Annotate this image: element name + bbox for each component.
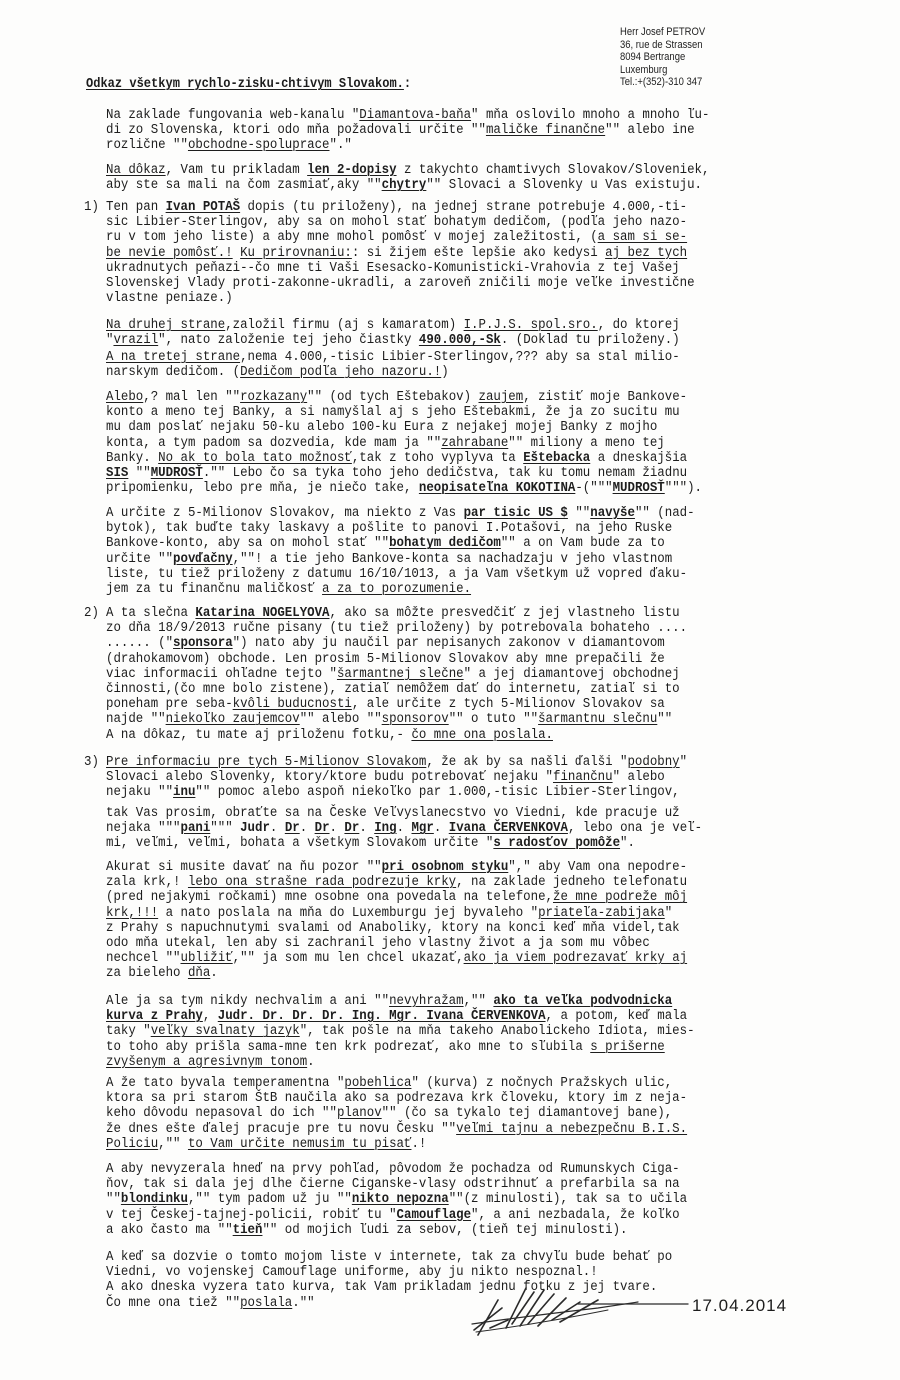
text-segment: ,	[203, 1008, 218, 1024]
paragraph: Na zaklade fungovania web-kanalu "Diaman…	[106, 108, 796, 154]
text-segment: ,nema	[240, 349, 285, 365]
text-segment: "," aby Vam ona nepodre-	[508, 859, 687, 875]
text-segment: Banky.	[106, 450, 158, 466]
text-segment: mu dam poslať nejaku 50-ku alebo 100-ku …	[106, 419, 657, 435]
text-segment: , do ktorej	[598, 317, 680, 333]
text-line: Na dôkaz, Vam tu prikladam len 2-dopisy …	[106, 163, 709, 178]
paragraph: A na tretej strane,nema 4.000,-tisic Lib…	[106, 350, 762, 380]
text-segment: tak Vas prosim, obraťte sa na Česke Veľv…	[106, 805, 680, 821]
text-line: poneham pre seba-kvôli buducnosti, ale u…	[106, 697, 687, 712]
sender-city: 8094 Bertrange	[620, 51, 705, 64]
text-segment: , zistiť moje Bankove-	[523, 389, 687, 405]
emphasized-text: čo mne ona poslala.	[411, 727, 553, 743]
emphasized-text: Na dôkaz	[106, 162, 166, 178]
text-segment: ", tak pošle na mňa takeho Anabolickeho …	[300, 1023, 695, 1039]
text-line: krk,!!! a nato poslala na mňa do Luxembu…	[106, 906, 687, 921]
text-segment: nejaku ""	[106, 784, 173, 800]
text-line: viac informacii ohľadne tejto "šarmantne…	[106, 667, 687, 682]
text-line: A na dôkaz, tu mate aj priloženu fotku,-…	[106, 728, 687, 743]
emphasized-text: Dedičom podľa jeho nazoru.!	[240, 364, 441, 380]
text-segment: "" pomoc alebo aspoň niekoľko par 1.000,…	[195, 784, 679, 800]
emphasized-text: Mgr	[411, 820, 433, 836]
letter-title-colon: :	[404, 76, 411, 92]
emphasized-text: šarmantnu slečnu	[538, 711, 657, 727]
emphasized-text: zaujem	[479, 389, 524, 405]
letter-title: Odkaz všetkym rychlo-zisku-chtivym Slova…	[86, 76, 411, 92]
text-segment: za bieleho	[106, 965, 188, 981]
emphasized-text: ubližiť	[180, 950, 232, 966]
text-segment: viac informacii ohľadne tejto "	[106, 666, 337, 682]
text-line: Slovenskej Vlady proti-zakonne-ukradli, …	[106, 276, 695, 291]
emphasized-text: veľmi tajnu a nebezpečnu B.I.S.	[456, 1121, 687, 1137]
emphasized-text: kurva z Prahy	[106, 1008, 203, 1024]
text-segment: ""	[128, 465, 150, 481]
item-number: 3)	[84, 755, 99, 770]
text-line: že dnes ešte ďalej pracuje pre tu novu Č…	[106, 1122, 687, 1137]
text-line: ukradnutych peňazi--čo mne ti Vaši Esesa…	[106, 261, 695, 276]
emphasized-text: No ak to bola tato možnosť	[158, 450, 352, 466]
text-segment: "" Slovaci a Slovenky u Vas existuju.	[426, 177, 702, 193]
text-segment: .	[300, 820, 315, 836]
text-segment: a dneskajšia	[590, 450, 687, 466]
text-line: Viedni, vo vojenskej Camouflage uniforme…	[106, 1265, 672, 1280]
text-line: Pre informaciu pre tych 5-Milionov Slova…	[106, 755, 687, 770]
text-line: Ten pan Ivan POTAŠ dopis (tu priloženy),…	[106, 200, 695, 215]
emphasized-text: planov	[337, 1105, 382, 1121]
text-segment: "" (od tych Eštebakov)	[307, 389, 478, 405]
paragraph: Pre informaciu pre tych 5-Milionov Slova…	[106, 755, 770, 801]
text-segment: odo mňa utekal, len aby si zachranil jeh…	[106, 935, 650, 951]
text-segment: " mňa oslovilo mnoho a mnoho ľu-	[471, 107, 709, 123]
emphasized-text: Ku prirovnaniu:	[240, 245, 352, 261]
text-line: Na zaklade fungovania web-kanalu "Diaman…	[106, 108, 709, 123]
paragraph: Alebo,? mal len ""rozkazany"" (od tych E…	[106, 390, 787, 496]
text-segment: ."" Lebo čo sa tyka toho jeho dedičstva,…	[203, 465, 687, 481]
paragraph: Ale ja sa tym nikdy nechvalim a ani ""ne…	[106, 994, 779, 1070]
sender-street: 36, rue de Strassen	[620, 39, 705, 52]
emphasized-text: ako ja viem podrezavať krky aj	[464, 950, 687, 966]
emphasized-text: povďačny	[173, 551, 233, 567]
text-segment: ,"" tym padom už ju ""	[188, 1191, 352, 1207]
text-segment: A určite z 5-Milionov Slovakov, ma niekt…	[106, 505, 464, 521]
emphasized-text: neopisateľna KOKOTINA	[419, 480, 575, 496]
emphasized-text: 490.000,-Sk	[419, 332, 501, 348]
emphasized-text: a za to porozumenie.	[322, 581, 471, 597]
text-line: konta, a tym padom sa dozvedia, kde mam …	[106, 436, 702, 451]
text-segment: činnosti,(čo mne bolo zistene), zatiaľ n…	[106, 681, 680, 697]
text-segment: ukradnutych peňazi--čo mne ti Vaši Esesa…	[106, 260, 680, 276]
text-segment: ""(z minulosti), tak sa to učila	[449, 1191, 687, 1207]
text-segment: ,? mal len ""	[143, 389, 240, 405]
text-line: v tej Českej-tajnej-policii, robiť tu "C…	[106, 1208, 687, 1223]
text-segment: " a jej diamantovej obchodnej	[464, 666, 680, 682]
text-line: mi, veľmi, veľmi, bohata a všetkym Slova…	[106, 836, 702, 851]
text-segment: : si žijem ešte lepšie ako kedysi	[352, 245, 605, 261]
text-segment: ...... ("	[106, 635, 173, 651]
text-line: určite ""povďačny,""! a tie jeho Bankove…	[106, 552, 695, 567]
text-line: Slovaci alebo Slovenky, ktory/ktore budu…	[106, 770, 687, 785]
text-segment: bytok), tak buďte taky laskavy a pošlite…	[106, 520, 672, 536]
paragraph: Na dôkaz, Vam tu prikladam len 2-dopisy …	[106, 163, 796, 193]
emphasized-text: zahrabane	[441, 435, 508, 451]
text-line: kurva z Prahy, Judr. Dr. Dr. Dr. Ing. Mg…	[106, 1009, 695, 1024]
text-segment: nejaka """	[106, 820, 180, 836]
emphasized-text: navyše	[590, 505, 635, 521]
text-segment: ""	[657, 711, 672, 727]
text-segment: A na dôkaz, tu mate aj priloženu fotku,-	[106, 727, 411, 743]
emphasized-text: s prišerne	[590, 1039, 664, 1055]
text-segment: ,""! a tie jeho Bankove-konta sa nachadz…	[233, 551, 673, 567]
text-segment: Viedni, vo vojenskej Camouflage uniforme…	[106, 1264, 598, 1280]
emphasized-text: len 2-dopisy	[307, 162, 396, 178]
text-segment: konta, a tym padom sa dozvedia, kde mam …	[106, 435, 441, 451]
text-line: to toho aby prišla sama-mne ten krk podr…	[106, 1040, 695, 1055]
text-line: Policiu,"" to Vam určite nemusim tu pisa…	[106, 1137, 687, 1152]
emphasized-text: vrazil	[113, 332, 158, 348]
text-segment: .	[330, 820, 345, 836]
text-line: Akurat si musite davať na ňu pozor ""pri…	[106, 860, 687, 875]
text-line: nejaku ""inu"" pomoc alebo aspoň niekoľk…	[106, 785, 687, 800]
text-segment: z Prahy s napuchnutymi svalami od Anabol…	[106, 920, 680, 936]
text-segment: ""	[106, 1191, 121, 1207]
text-segment: "" (čo sa tykalo tej diamantovej bane),	[382, 1105, 673, 1121]
emphasized-text: Eštebacka	[523, 450, 590, 466]
emphasized-text: Dr	[344, 820, 359, 836]
emphasized-text: podobny	[627, 754, 679, 770]
text-segment: ,tak z toho vyplyva ta	[352, 450, 523, 466]
text-segment: (drahokamovom) obchode. Len prosim 5-Mil…	[106, 651, 665, 667]
text-segment: Akurat si musite davať na ňu pozor ""	[106, 859, 382, 875]
emphasized-text: Camouflage	[397, 1207, 471, 1223]
emphasized-text: be nevie pomôsť.!	[106, 245, 233, 261]
text-line: di zo Slovenska, ktori odo mňa požadoval…	[106, 123, 709, 138]
paragraph: A ta slečna Katarina NOGELYOVA, ako sa m…	[106, 606, 770, 743]
letter-page: Herr Josef PETROV 36, rue de Strassen 80…	[0, 0, 900, 1380]
emphasized-text: kvôli buducnosti	[233, 696, 352, 712]
text-segment: ktora sa pri starom ŠtB naučila ako sa p…	[106, 1090, 687, 1106]
text-segment: aby ste sa mali na čom zasmiať,aky ""	[106, 177, 382, 193]
emphasized-text: že mne podreže môj	[553, 889, 687, 905]
emphasized-text: pobehlica	[344, 1075, 411, 1091]
text-segment: Ten pan	[106, 199, 166, 215]
text-line: (pred nejakymi ročkami) mne osobne ona p…	[106, 890, 687, 905]
text-segment: .	[270, 820, 285, 836]
emphasized-text: Dr	[315, 820, 330, 836]
emphasized-text: aj bez tych	[605, 245, 687, 261]
emphasized-text: lebo ona strašne rada podrezuje krky	[188, 874, 456, 890]
emphasized-text: priateľa-zabijaka	[538, 905, 665, 921]
text-line: narskym dedičom. (Dedičom podľa jeho naz…	[106, 365, 680, 380]
emphasized-text: a sam si se-	[598, 229, 687, 245]
text-segment: .	[307, 1054, 314, 1070]
paragraph: A aby nevyzerala hneď na prvy pohľad, pô…	[106, 1162, 770, 1238]
text-segment: narskym dedičom. (	[106, 364, 240, 380]
text-line: Banky. No ak to bola tato možnosť,tak z …	[106, 451, 702, 466]
text-segment: "" a on Vam bude za to	[501, 535, 665, 551]
text-segment: v tej Českej-tajnej-policii, robiť tu "	[106, 1207, 397, 1223]
text-line: zvyšenym a agresivnym tonom.	[106, 1055, 695, 1070]
emphasized-text: Policiu	[106, 1136, 158, 1152]
emphasized-text: Judr. Dr. Dr. Dr. Ing. Mgr. Ivana ČERVEN…	[218, 1008, 546, 1024]
text-segment: a ako často ma ""	[106, 1222, 233, 1238]
text-line: A určite z 5-Milionov Slovakov, ma niekt…	[106, 506, 695, 521]
text-line: činnosti,(čo mne bolo zistene), zatiaľ n…	[106, 682, 687, 697]
text-segment: ňov, tak si dala jej dlhe čierne Cigansk…	[106, 1176, 680, 1192]
text-segment: sic Libier-Sterlingov, aby sa on mohol s…	[106, 214, 687, 230]
text-segment: vlastne peniaze.)	[106, 290, 233, 306]
text-segment: Slovaci alebo Slovenky, ktory/ktore budu…	[106, 769, 553, 785]
emphasized-text: Diamantova-baňa	[359, 107, 471, 123]
text-segment: ") nato aby ju naučil par nepisanych zak…	[233, 635, 665, 651]
text-segment: pripomienku, lebo pre mňa, je niečo take…	[106, 480, 419, 496]
text-segment: Slovenskej Vlady proti-zakonne-ukradli, …	[106, 275, 695, 291]
emphasized-text: Ivana ČERVENKOVA	[449, 820, 568, 836]
emphasized-text: ako ta veľka podvodnicka	[493, 993, 672, 1009]
emphasized-text: krk,!!!	[106, 905, 158, 921]
emphasized-text: MUDROSŤ	[151, 465, 203, 481]
text-line: a ako často ma ""tieň"" od mojich ľudi z…	[106, 1223, 687, 1238]
emphasized-text: sponsorov	[382, 711, 449, 727]
text-segment: "" alebo ine	[605, 122, 694, 138]
emphasized-text: Judr	[240, 820, 270, 836]
text-line: najde ""niekoľko zaujemcov"" alebo ""spo…	[106, 712, 687, 727]
emphasized-text: Dr	[285, 820, 300, 836]
text-segment: , na zaklade jedneho telefonatu	[456, 874, 687, 890]
emphasized-text: rozkazany	[240, 389, 307, 405]
text-segment: )	[441, 364, 448, 380]
letter-date: 17.04.2014	[692, 1296, 787, 1316]
text-line: A ta slečna Katarina NOGELYOVA, ako sa m…	[106, 606, 687, 621]
emphasized-text: finančnu	[553, 769, 613, 785]
emphasized-text: par tisic US $	[464, 505, 568, 521]
text-segment: .	[397, 820, 412, 836]
emphasized-text: Na druhej strane	[106, 317, 225, 333]
text-segment: "	[680, 754, 687, 770]
text-line: be nevie pomôsť.! Ku prirovnaniu:: si ži…	[106, 246, 695, 261]
text-line: taky "veľky svalnaty jazyk", tak pošle n…	[106, 1024, 695, 1039]
text-line: SIS ""MUDROSŤ."" Lebo čo sa tyka toho je…	[106, 466, 702, 481]
text-line: rozlične ""obchodne-spoluprace"."	[106, 138, 709, 153]
item-number: 1)	[84, 200, 99, 215]
text-segment: "	[665, 905, 672, 921]
text-segment: .""	[292, 1295, 314, 1311]
text-segment: keho dôvodu nepasoval do ich ""	[106, 1105, 337, 1121]
text-line: nechcel ""ubližiť,"" ja som mu len chcel…	[106, 951, 687, 966]
text-segment: ", nato založenie tej jeho čiastky	[158, 332, 419, 348]
emphasized-text: Ivan POTAŠ	[166, 199, 240, 215]
text-segment: , ale určite z tych 5-Milionov Slovakov …	[352, 696, 665, 712]
text-segment: ru v tom jeho liste) a aby mne mohol pom…	[106, 229, 598, 245]
text-line: Na druhej strane,založil firmu (aj s kam…	[106, 318, 680, 333]
text-segment: 4.000	[285, 349, 322, 365]
emphasized-text: dňa	[188, 965, 210, 981]
text-segment: A aby nevyzerala hneď na prvy pohľad, pô…	[106, 1161, 680, 1177]
text-segment: (pred nejakymi ročkami) mne osobne ona p…	[106, 889, 553, 905]
text-line: tak Vas prosim, obraťte sa na Česke Veľv…	[106, 806, 702, 821]
emphasized-text: poslala	[240, 1295, 292, 1311]
paragraph: A určite z 5-Milionov Slovakov, ma niekt…	[106, 506, 779, 597]
text-segment: Čo mne ona tiež ""	[106, 1295, 240, 1311]
sender-country: Luxemburg	[620, 64, 705, 77]
emphasized-text: sponsora	[173, 635, 233, 651]
text-segment: di zo Slovenska, ktori odo mňa požadoval…	[106, 122, 486, 138]
text-segment: ""	[568, 505, 590, 521]
emphasized-text: pri osobnom styku	[382, 859, 509, 875]
emphasized-text: obchodne-spoluprace	[188, 137, 330, 153]
text-segment: jem za tu finančnu maličkosť	[106, 581, 322, 597]
text-segment: "" alebo ""	[300, 711, 382, 727]
paragraph: Ten pan Ivan POTAŠ dopis (tu priloženy),…	[106, 200, 779, 306]
text-line: sic Libier-Sterlingov, aby sa on mohol s…	[106, 215, 695, 230]
text-line: ňov, tak si dala jej dlhe čierne Cigansk…	[106, 1177, 687, 1192]
paragraph: Akurat si musite davať na ňu pozor ""pri…	[106, 860, 770, 982]
text-line: zo dňa 18/9/2013 ručne pisany (tu tiež p…	[106, 621, 687, 636]
text-segment: rozlične ""	[106, 137, 188, 153]
text-segment: .	[434, 820, 449, 836]
text-line: aby ste sa mali na čom zasmiať,aky ""chy…	[106, 178, 709, 193]
text-segment: ,-tisic Libier-Sterlingov,??? aby sa sta…	[322, 349, 680, 365]
text-segment: . (Doklad tu priloženy.)	[501, 332, 680, 348]
emphasized-text: I.P.J.S. spol.sro.	[464, 317, 598, 333]
emphasized-text: pani	[180, 820, 210, 836]
paragraph: tak Vas prosim, obraťte sa na Česke Veľv…	[106, 806, 787, 852]
emphasized-text: niekoľko zaujemcov	[166, 711, 300, 727]
text-segment: a nato poslala na mňa do Luxemburgu jej …	[158, 905, 538, 921]
text-line: liste, tu tiež priloženy z datumu 16/10/…	[106, 567, 695, 582]
text-line: ru v tom jeho liste) a aby mne mohol pom…	[106, 230, 695, 245]
text-line: A že tato byvala temperamentna "pobehlic…	[106, 1076, 687, 1091]
emphasized-text: bohatym dedičom	[389, 535, 501, 551]
text-segment: ".	[620, 835, 635, 851]
text-segment: A keď sa dozvie o tomto mojom liste v in…	[106, 1249, 672, 1265]
item-number: 2)	[84, 606, 99, 621]
text-line: ...... ("sponsora") nato aby ju naučil p…	[106, 636, 687, 651]
text-segment: ,""	[158, 1136, 188, 1152]
text-segment: .	[210, 965, 217, 981]
text-segment: .!	[411, 1136, 426, 1152]
text-segment: "."	[329, 137, 351, 153]
text-segment: to toho aby prišla sama-mne ten krk podr…	[106, 1039, 590, 1055]
text-segment: zala krk,!	[106, 874, 188, 890]
emphasized-text: šarmantnej slečne	[337, 666, 464, 682]
text-line: za bieleho dňa.	[106, 966, 687, 981]
text-line: Ale ja sa tym nikdy nechvalim a ani ""ne…	[106, 994, 695, 1009]
text-segment: nechcel ""	[106, 950, 180, 966]
text-segment: ,"" ja som mu len chcel ukazať,	[233, 950, 464, 966]
text-segment: taky "	[106, 1023, 151, 1039]
sender-phone: Tel.:+(352)-310 347	[620, 76, 705, 89]
emphasized-text: Pre informaciu pre tych 5-Milionov Slova…	[106, 754, 426, 770]
text-line: mu dam poslať nejaku 50-ku alebo 100-ku …	[106, 420, 702, 435]
text-line: odo mňa utekal, len aby si zachranil jeh…	[106, 936, 687, 951]
emphasized-text: s radosťov pomôže	[493, 835, 620, 851]
text-segment: , Vam tu prikladam	[166, 162, 308, 178]
text-line: konto a meno tej Banky, a si namyšlal aj…	[106, 405, 702, 420]
text-segment: A ta slečna	[106, 605, 195, 621]
text-segment: Bankove-konto, aby sa on mohol stať ""	[106, 535, 389, 551]
text-line: keho dôvodu nepasoval do ich ""planov"" …	[106, 1106, 687, 1121]
emphasized-text: nevyhražam	[389, 993, 463, 1009]
text-segment: Ale ja sa tym nikdy nechvalim a ani ""	[106, 993, 389, 1009]
text-line: A na tretej strane,nema 4.000,-tisic Lib…	[106, 350, 680, 365]
sender-name: Herr Josef PETROV	[620, 26, 705, 39]
text-segment: najde ""	[106, 711, 166, 727]
emphasized-text: blondinku	[121, 1191, 188, 1207]
text-line: bytok), tak buďte taky laskavy a pošlite…	[106, 521, 695, 536]
text-line: ktora sa pri starom ŠtB naučila ako sa p…	[106, 1091, 687, 1106]
emphasized-text: Alebo	[106, 389, 143, 405]
text-segment: dopis (tu priloženy), na jednej strane p…	[240, 199, 687, 215]
text-line: A keď sa dozvie o tomto mojom liste v in…	[106, 1250, 672, 1265]
text-line: Bankove-konto, aby sa on mohol stať ""bo…	[106, 536, 695, 551]
text-segment: z takychto chamtivych Slovakov/Sloveniek…	[397, 162, 710, 178]
text-segment: , lebo ona je veľ-	[568, 820, 702, 836]
emphasized-text: maličke finančne	[486, 122, 605, 138]
text-segment: "" miliony a meno tej	[508, 435, 664, 451]
text-line: z Prahy s napuchnutymi svalami od Anabol…	[106, 921, 687, 936]
emphasized-text: veľky svalnaty jazyk	[151, 1023, 300, 1039]
text-segment: , ako sa môžte presvedčiť z jej vlastneh…	[329, 605, 679, 621]
text-segment: """).	[665, 480, 702, 496]
text-segment: Na zaklade fungovania web-kanalu "	[106, 107, 359, 123]
text-segment: ,založil firmu (aj s kamaratom)	[225, 317, 463, 333]
text-line: Alebo,? mal len ""rozkazany"" (od tych E…	[106, 390, 702, 405]
text-segment: "	[106, 332, 113, 348]
emphasized-text: tieň	[233, 1222, 263, 1238]
text-segment: konto a meno tej Banky, a si namyšlal aj…	[106, 404, 680, 420]
emphasized-text: SIS	[106, 465, 128, 481]
emphasized-text: Katarina NOGELYOVA	[195, 605, 329, 621]
text-line: A aby nevyzerala hneď na prvy pohľad, pô…	[106, 1162, 687, 1177]
text-line: pripomienku, lebo pre mňa, je niečo take…	[106, 481, 702, 496]
text-line: (drahokamovom) obchode. Len prosim 5-Mil…	[106, 652, 687, 667]
text-line: zala krk,! lebo ona strašne rada podrezu…	[106, 875, 687, 890]
text-segment: , a potom, keď mala	[546, 1008, 688, 1024]
paragraph: Na druhej strane,založil firmu (aj s kam…	[106, 318, 762, 348]
text-segment: ,""	[464, 993, 494, 1009]
emphasized-text: to Vam určite nemusim tu pisať	[188, 1136, 411, 1152]
text-segment: -("""	[575, 480, 612, 496]
text-line: nejaka """pani""" Judr. Dr. Dr. Dr. Ing.…	[106, 821, 702, 836]
text-segment: určite ""	[106, 551, 173, 567]
emphasized-text: MUDROSŤ	[613, 480, 665, 496]
text-segment: "" od mojich ľudi za sebov, (tieň tej mi…	[262, 1222, 627, 1238]
text-segment: " (kurva) z nočnych Pražskych ulic,	[411, 1075, 672, 1091]
text-line: ""blondinku,"" tym padom už ju ""nikto n…	[106, 1192, 687, 1207]
text-segment: poneham pre seba-	[106, 696, 233, 712]
paragraph: A že tato byvala temperamentna "pobehlic…	[106, 1076, 770, 1152]
text-segment: """	[210, 820, 240, 836]
emphasized-text: inu	[173, 784, 195, 800]
text-segment: mi, veľmi, veľmi, bohata a všetkym Slova…	[106, 835, 493, 851]
text-segment: .	[359, 820, 374, 836]
emphasized-text: zvyšenym a agresivnym tonom	[106, 1054, 307, 1070]
text-segment: liste, tu tiež priloženy z datumu 16/10/…	[106, 566, 687, 582]
letter-title-text: Odkaz všetkym rychlo-zisku-chtivym Slova…	[86, 76, 404, 92]
text-line: "vrazil", nato založenie tej jeho čiastk…	[106, 333, 680, 348]
text-line: vlastne peniaze.)	[106, 291, 695, 306]
emphasized-text: chytry	[382, 177, 427, 193]
text-segment: zo dňa 18/9/2013 ručne pisany (tu tiež p…	[106, 620, 687, 636]
text-segment: že dnes ešte ďalej pracuje pre tu novu Č…	[106, 1121, 456, 1137]
text-segment: "" o tuto ""	[449, 711, 538, 727]
text-segment: " alebo	[613, 769, 665, 785]
text-segment: ", a ani nezbadala, že koľko	[471, 1207, 680, 1223]
text-segment: , že ak by sa našli ďalši "	[426, 754, 627, 770]
text-line: jem za tu finančnu maličkosť a za to por…	[106, 582, 695, 597]
text-segment: A že tato byvala temperamentna "	[106, 1075, 344, 1091]
text-segment: "" (nad-	[635, 505, 695, 521]
